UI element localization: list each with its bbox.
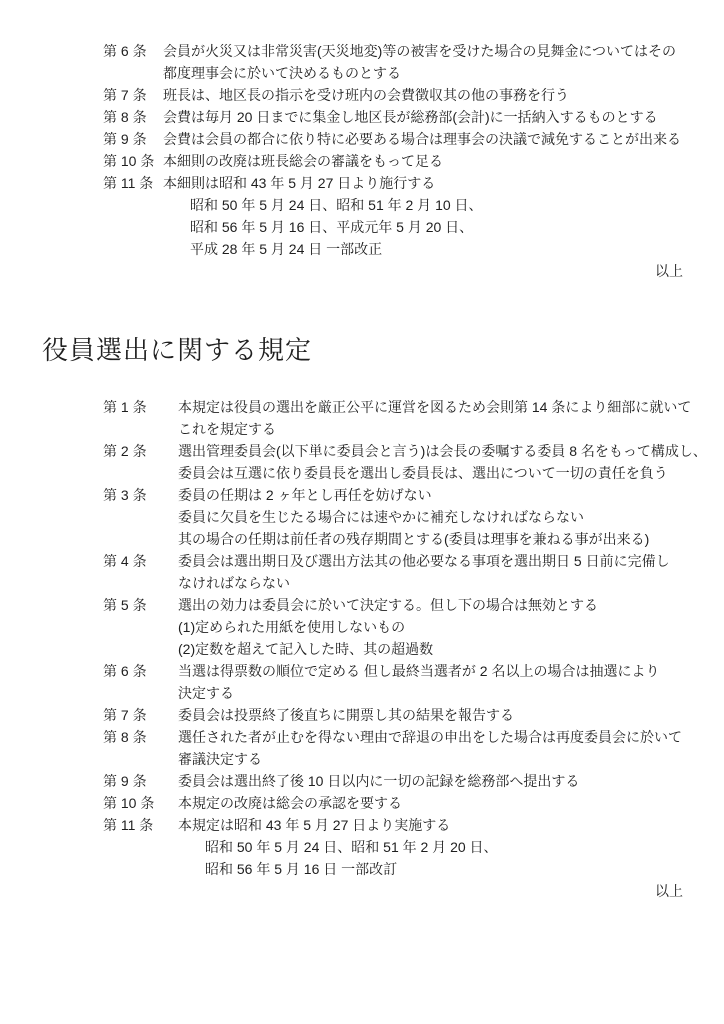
article-number: 第 7 条 xyxy=(103,84,163,106)
amendment-date: 昭和 50 年 5 月 24 日、昭和 51 年 2 月 20 日、 xyxy=(178,836,683,858)
article-text: 選出管理委員会(以下単に委員会と言う)は会長の委嘱する委員 8 名をもって構成し… xyxy=(178,440,707,462)
amendment-date-row: 昭和 56 年 5 月 16 日、平成元年 5 月 20 日、 xyxy=(103,216,683,238)
amendment-date-row: 平成 28 年 5 月 24 日 一部改正 xyxy=(103,238,683,260)
article-text: 委員の任期は 2 ヶ年とし再任を妨げない xyxy=(178,484,683,506)
article-number-spacer xyxy=(103,682,178,704)
article-number: 第 3 条 xyxy=(103,484,178,506)
article-number: 第 2 条 xyxy=(103,440,178,462)
article-number-spacer xyxy=(103,638,178,660)
article-row-continuation: なければならない xyxy=(103,572,683,594)
article-text: 委員会は互選に依り委員長を選出し委員長は、選出について一切の責任を負う xyxy=(178,462,683,484)
article-number-spacer xyxy=(103,836,178,858)
article-text: これを規定する xyxy=(178,418,683,440)
amendment-date: 昭和 56 年 5 月 16 日、平成元年 5 月 20 日、 xyxy=(163,216,683,238)
bylaws-articles-section: 第 6 条 会員が火災又は非常災害(天災地変)等の被害を受けた場合の見舞金につい… xyxy=(103,40,683,260)
article-text: 其の場合の任期は前任者の残存期間とする(委員は理事を兼ねる事が出来る) xyxy=(178,528,683,550)
article-number: 第 10 条 xyxy=(103,150,163,172)
article-row-continuation: 其の場合の任期は前任者の残存期間とする(委員は理事を兼ねる事が出来る) xyxy=(103,528,683,550)
election-regulation-section: 第 1 条 本規定は役員の選出を厳正公平に運営を図るため会則第 14 条により細… xyxy=(103,396,683,880)
article-row: 第 3 条 委員の任期は 2 ヶ年とし再任を妨げない xyxy=(103,484,683,506)
article-number-spacer xyxy=(103,528,178,550)
article-number: 第 1 条 xyxy=(103,396,178,418)
article-number-spacer xyxy=(103,62,163,84)
section-closing-ijou: 以上 xyxy=(42,880,683,902)
article-text: 会費は毎月 20 日までに集金し地区長が総務部(会計)に一括納入するものとする xyxy=(163,106,683,128)
article-text: 本細則は昭和 43 年 5 月 27 日より施行する xyxy=(163,172,683,194)
article-number: 第 4 条 xyxy=(103,550,178,572)
article-number: 第 5 条 xyxy=(103,594,178,616)
article-number: 第 6 条 xyxy=(103,660,178,682)
article-number-spacer xyxy=(103,462,178,484)
amendment-date-row: 昭和 50 年 5 月 24 日、昭和 51 年 2 月 20 日、 xyxy=(103,836,683,858)
article-row: 第 8 条 会費は毎月 20 日までに集金し地区長が総務部(会計)に一括納入する… xyxy=(103,106,683,128)
article-text: 本規定の改廃は総会の承認を要する xyxy=(178,792,683,814)
article-row-continuation: 決定する xyxy=(103,682,683,704)
article-text: 委員に欠員を生じたる場合には速やかに補充しなければならない xyxy=(178,506,683,528)
article-number-spacer xyxy=(103,572,178,594)
article-row: 第 4 条 委員会は選出期日及び選出方法其の他必要なる事項を選出期日 5 日前に… xyxy=(103,550,683,572)
article-row: 第 10 条 本規定の改廃は総会の承認を要する xyxy=(103,792,683,814)
article-number: 第 6 条 xyxy=(103,40,163,62)
regulation-document-page: 第 6 条 会員が火災又は非常災害(天災地変)等の被害を受けた場合の見舞金につい… xyxy=(0,0,724,1024)
article-text: 都度理事会に於いて決めるものとする xyxy=(163,62,683,84)
amendment-date-row: 昭和 56 年 5 月 16 日 一部改訂 xyxy=(103,858,683,880)
article-text: 決定する xyxy=(178,682,683,704)
article-row-continuation: これを規定する xyxy=(103,418,683,440)
article-text: 当選は得票数の順位で定める 但し最終当選者が 2 名以上の場合は抽選により xyxy=(178,660,683,682)
article-row: 第 9 条 会費は会員の都合に依り特に必要ある場合は理事会の決議で減免することが… xyxy=(103,128,683,150)
article-text: 委員会は投票終了後直ちに開票し其の結果を報告する xyxy=(178,704,683,726)
article-text: 選出の効力は委員会に於いて決定する。但し下の場合は無効とする xyxy=(178,594,683,616)
article-row: 第 7 条 委員会は投票終了後直ちに開票し其の結果を報告する xyxy=(103,704,683,726)
amendment-date: 昭和 56 年 5 月 16 日 一部改訂 xyxy=(178,858,683,880)
article-number: 第 10 条 xyxy=(103,792,178,814)
amendment-date: 平成 28 年 5 月 24 日 一部改正 xyxy=(163,238,683,260)
article-text: 委員会は選出期日及び選出方法其の他必要なる事項を選出期日 5 日前に完備し xyxy=(178,550,683,572)
article-text: 本細則の改廃は班長総会の審議をもって足る xyxy=(163,150,683,172)
article-number-spacer xyxy=(103,506,178,528)
article-number: 第 8 条 xyxy=(103,726,178,748)
article-number-spacer xyxy=(103,418,178,440)
article-text: 本規定は役員の選出を厳正公平に運営を図るため会則第 14 条により細部に就いて xyxy=(178,396,691,418)
article-number-spacer xyxy=(103,194,163,216)
amendment-date: 昭和 50 年 5 月 24 日、昭和 51 年 2 月 10 日、 xyxy=(163,194,683,216)
article-row: 第 11 条 本細則は昭和 43 年 5 月 27 日より施行する xyxy=(103,172,683,194)
amendment-date-row: 昭和 50 年 5 月 24 日、昭和 51 年 2 月 10 日、 xyxy=(103,194,683,216)
article-number: 第 9 条 xyxy=(103,770,178,792)
article-number: 第 7 条 xyxy=(103,704,178,726)
article-number-spacer xyxy=(103,616,178,638)
article-text: 審議決定する xyxy=(178,748,683,770)
article-text: なければならない xyxy=(178,572,683,594)
article-number-spacer xyxy=(103,858,178,880)
article-text: 会員が火災又は非常災害(天災地変)等の被害を受けた場合の見舞金についてはその xyxy=(163,40,683,62)
article-number: 第 8 条 xyxy=(103,106,163,128)
article-row: 第 2 条 選出管理委員会(以下単に委員会と言う)は会長の委嘱する委員 8 名を… xyxy=(103,440,683,462)
article-text: 会費は会員の都合に依り特に必要ある場合は理事会の決議で減免することが出来る xyxy=(163,128,683,150)
article-row: 第 9 条 委員会は選出終了後 10 日以内に一切の記録を総務部へ提出する xyxy=(103,770,683,792)
article-row-list-item: (2)定数を超えて記入した時、其の超過数 xyxy=(103,638,683,660)
article-row: 第 8 条 選任された者が止むを得ない理由で辞退の申出をした場合は再度委員会に於… xyxy=(103,726,683,748)
article-row: 第 6 条 当選は得票数の順位で定める 但し最終当選者が 2 名以上の場合は抽選… xyxy=(103,660,683,682)
article-text: 委員会は選出終了後 10 日以内に一切の記録を総務部へ提出する xyxy=(178,770,683,792)
article-row-continuation: 委員会は互選に依り委員長を選出し委員長は、選出について一切の責任を負う xyxy=(103,462,683,484)
article-row: 第 10 条 本細則の改廃は班長総会の審議をもって足る xyxy=(103,150,683,172)
article-text: (2)定数を超えて記入した時、其の超過数 xyxy=(178,638,683,660)
article-row-continuation: 審議決定する xyxy=(103,748,683,770)
article-row: 第 1 条 本規定は役員の選出を厳正公平に運営を図るため会則第 14 条により細… xyxy=(103,396,683,418)
article-text: (1)定められた用紙を使用しないもの xyxy=(178,616,683,638)
article-number-spacer xyxy=(103,748,178,770)
article-row-continuation: 都度理事会に於いて決めるものとする xyxy=(103,62,683,84)
article-number: 第 11 条 xyxy=(103,172,163,194)
article-row-list-item: (1)定められた用紙を使用しないもの xyxy=(103,616,683,638)
article-number: 第 9 条 xyxy=(103,128,163,150)
article-text: 班長は、地区長の指示を受け班内の会費徴収其の他の事務を行う xyxy=(163,84,683,106)
article-text: 本規定は昭和 43 年 5 月 27 日より実施する xyxy=(178,814,683,836)
article-row: 第 11 条 本規定は昭和 43 年 5 月 27 日より実施する xyxy=(103,814,683,836)
article-row-continuation: 委員に欠員を生じたる場合には速やかに補充しなければならない xyxy=(103,506,683,528)
article-number-spacer xyxy=(103,216,163,238)
article-row: 第 7 条 班長は、地区長の指示を受け班内の会費徴収其の他の事務を行う xyxy=(103,84,683,106)
regulation-title: 役員選出に関する規定 xyxy=(42,332,683,368)
article-row: 第 6 条 会員が火災又は非常災害(天災地変)等の被害を受けた場合の見舞金につい… xyxy=(103,40,683,62)
section-closing-ijou: 以上 xyxy=(42,260,683,282)
article-number-spacer xyxy=(103,238,163,260)
article-number: 第 11 条 xyxy=(103,814,178,836)
article-row: 第 5 条 選出の効力は委員会に於いて決定する。但し下の場合は無効とする xyxy=(103,594,683,616)
article-text: 選任された者が止むを得ない理由で辞退の申出をした場合は再度委員会に於いて xyxy=(178,726,683,748)
